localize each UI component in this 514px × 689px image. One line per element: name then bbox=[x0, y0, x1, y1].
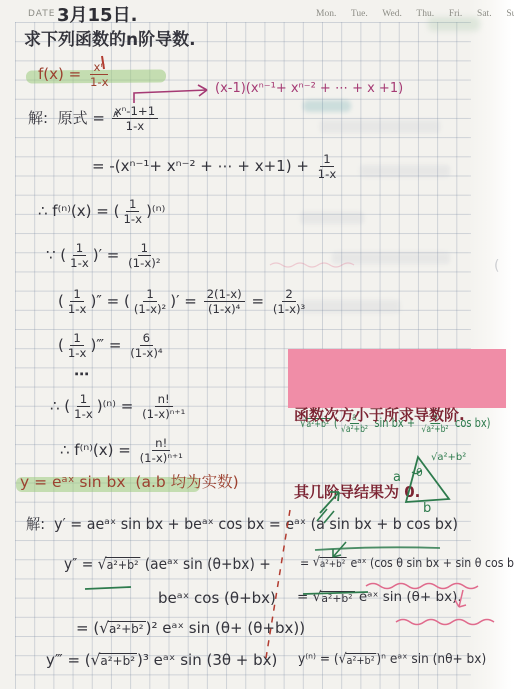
formula-sol2b: y″ = √a²+b² (aeᵃˣ sin (θ+bx) + bbox=[64, 556, 271, 573]
weekday-header: Mon. Tue. Wed. Thu. Fri. Sat. Sun. bbox=[316, 9, 514, 19]
triangle-hyp-label: √a²+b² bbox=[431, 452, 466, 463]
formula-problem2: y = eᵃˣ sin bx (a.b 均为实数) bbox=[20, 474, 239, 491]
formula-text: = bbox=[247, 293, 269, 310]
formula-text: = bbox=[300, 556, 313, 570]
formula-sol2d: = (√a²+b²)² eᵃˣ sin (θ+ (θ+bx)) bbox=[76, 620, 305, 637]
radicand: a²+b² bbox=[108, 621, 146, 636]
fraction-numerator: 1 bbox=[320, 152, 333, 167]
formula-step8: ∴ f⁽ⁿ⁾(x) = n!(1-x)ⁿ⁺¹ bbox=[60, 436, 187, 465]
formula-text: ∴ f⁽ⁿ⁾(x) = ( bbox=[38, 203, 119, 220]
fraction: xⁿ1-x bbox=[88, 60, 111, 89]
formula-text: ⋯ bbox=[74, 366, 89, 383]
radicand: a²+b² bbox=[106, 557, 141, 572]
formula-sol2b-right: = √a²+b² eᵃˣ (cos θ sin bx + sin θ cos b… bbox=[300, 556, 514, 570]
formula-sol2e: y‴ = (√a²+b²)³ eᵃˣ sin (3θ + bx) bbox=[46, 652, 277, 669]
formula-step7: ∴ (11-x)⁽ⁿ⁾ = n!(1-x)ⁿ⁺¹ bbox=[50, 392, 189, 421]
formula-text: = bbox=[297, 590, 313, 605]
formula-text: )² eᵃˣ sin (θ+ (θ+bx)) bbox=[146, 620, 306, 637]
formula-text: y‴ = ( bbox=[46, 652, 91, 669]
fraction: 11-x bbox=[66, 331, 89, 360]
radicand: a²+b² bbox=[346, 653, 377, 667]
formula-text: )⁽ⁿ⁾ bbox=[146, 203, 165, 220]
fraction: 11-x bbox=[68, 241, 91, 270]
note-line-1: 函数次方小于所求导数阶. bbox=[294, 403, 500, 429]
date-value: 3月15日. bbox=[57, 1, 137, 27]
fraction: 11-x bbox=[316, 152, 339, 181]
fraction-numerator: n! bbox=[152, 436, 170, 451]
formula-text: eᵃˣ sin (θ+ bx). bbox=[355, 590, 462, 605]
formula-text: y″ = bbox=[64, 556, 98, 573]
formula-fx: f(x) = xⁿ1-x bbox=[38, 60, 113, 89]
bleed-through-mark bbox=[300, 300, 400, 313]
formula-text: eᵃˣ (cos θ sin bx + sin θ cos bx) bbox=[347, 556, 514, 570]
fraction-denominator: (1-x)² bbox=[126, 256, 162, 270]
formula-text: )³ eᵃˣ sin (3θ + bx) bbox=[137, 652, 277, 669]
formula-text: )′ = bbox=[170, 293, 201, 310]
formula-text: beᵃˣ cos (θ+bx) bbox=[158, 590, 276, 607]
fraction: n!(1-x)ⁿ⁺¹ bbox=[138, 436, 185, 465]
square-root: √a²+b² bbox=[339, 652, 377, 667]
insertion-caret: ∧ bbox=[112, 109, 119, 120]
bleed-through-mark bbox=[360, 165, 450, 177]
square-root: √a²+b² bbox=[313, 556, 347, 570]
formula-step1: 解: 原式 = xⁿ-1+11-x bbox=[28, 104, 160, 133]
fraction-denominator: 1-x bbox=[121, 212, 144, 226]
triangle-side-label: a bbox=[393, 470, 401, 485]
fraction: 6(1-x)⁴ bbox=[128, 331, 164, 360]
formula-text: )″ = ( bbox=[90, 293, 129, 310]
formula-text: )‴ = bbox=[90, 337, 126, 354]
fraction-denominator: (1-x)⁴ bbox=[206, 302, 242, 316]
fraction: n!(1-x)ⁿ⁺¹ bbox=[140, 392, 187, 421]
square-root: √a²+b² bbox=[99, 620, 145, 637]
formula-factoring: (x-1)(xⁿ⁻¹+ xⁿ⁻² + ⋯ + x +1) bbox=[215, 82, 403, 96]
notebook-photo: { "page": { "date_label": "DATE", "date_… bbox=[0, 0, 514, 689]
formula-text: (aeᵃˣ sin (θ+bx) + bbox=[140, 556, 270, 573]
formula-step2: = -(xⁿ⁻¹+ xⁿ⁻² + ⋯ + x+1) + 11-x bbox=[92, 152, 340, 181]
formula-text: ∴ f⁽ⁿ⁾(x) = bbox=[60, 442, 136, 459]
fraction: 1(1-x)² bbox=[126, 241, 162, 270]
formula-text: )′ = bbox=[93, 247, 124, 264]
triangle-base-label: b bbox=[423, 501, 431, 516]
bleed-through-mark bbox=[332, 252, 450, 264]
formula-text: y⁽ⁿ⁾ = ( bbox=[298, 652, 339, 667]
formula-step3: ∴ f⁽ⁿ⁾(x) = (11-x)⁽ⁿ⁾ bbox=[38, 197, 165, 226]
fraction-denominator: 1-x bbox=[316, 167, 339, 181]
formula-sol2f: y⁽ⁿ⁾ = (√a²+b²)ⁿ eᵃˣ sin (nθ+ bx) bbox=[298, 652, 486, 667]
fraction-numerator: 1 bbox=[143, 287, 156, 302]
formula-step5: (11-x)″ = (1(1-x)²)′ = 2(1-x)(1-x)⁴ = 2(… bbox=[58, 287, 309, 316]
formula-step6: (11-x)‴ = 6(1-x)⁴ bbox=[58, 331, 167, 360]
formula-text: f(x) = bbox=[38, 66, 86, 83]
bleed-through-mark bbox=[300, 212, 364, 224]
radicand: a²+b² bbox=[99, 653, 137, 668]
formula-ellipsis: ⋯ bbox=[74, 366, 89, 383]
fraction: 2(1-x)³ bbox=[271, 287, 307, 316]
fraction-denominator: 1-x bbox=[68, 256, 91, 270]
fraction-denominator: 1-x bbox=[88, 75, 111, 89]
fraction-numerator: 1 bbox=[70, 287, 83, 302]
formula-text: y = eᵃˣ sin bx (a.b 均为实数) bbox=[20, 474, 239, 491]
fraction: 1(1-x)² bbox=[132, 287, 168, 316]
square-root: √a²+b² bbox=[91, 652, 137, 669]
formula-text: )⁽ⁿ⁾ = bbox=[97, 398, 138, 415]
fraction-denominator: (1-x)² bbox=[132, 302, 168, 316]
bleed-through-paren: ( bbox=[494, 258, 499, 274]
fraction-denominator: 1-x bbox=[66, 346, 89, 360]
fraction-numerator: 1 bbox=[73, 241, 86, 256]
date-label: DATE bbox=[28, 9, 55, 19]
fraction-numerator: 2 bbox=[282, 287, 295, 302]
fraction: 11-x bbox=[72, 392, 95, 421]
formula-text: 解: 原式 = bbox=[28, 110, 110, 127]
radicand: a²+b² bbox=[319, 557, 347, 570]
page-title: 求下列函数的n阶导数. bbox=[24, 31, 196, 50]
note-box: 函数次方小于所求导数阶. 其几阶导结果为 0. bbox=[288, 349, 506, 408]
formula-text: 求下列函数的n阶导数. bbox=[24, 31, 196, 50]
fraction-numerator: 1 bbox=[70, 331, 83, 346]
radicand: a²+b² bbox=[320, 591, 354, 605]
formula-text: ∴ ( bbox=[50, 398, 70, 415]
fraction: 11-x bbox=[121, 197, 144, 226]
formula-text: ( bbox=[58, 337, 64, 354]
formula-text: ∵ ( bbox=[46, 247, 66, 264]
fraction-denominator: (1-x)³ bbox=[271, 302, 307, 316]
fraction-numerator: 2(1-x) bbox=[204, 287, 245, 302]
square-root: √a²+b² bbox=[313, 590, 355, 605]
fraction-denominator: (1-x)ⁿ⁺¹ bbox=[138, 451, 185, 465]
formula-text: )ⁿ eᵃˣ sin (nθ+ bx) bbox=[376, 652, 486, 667]
fraction: 11-x bbox=[66, 287, 89, 316]
fraction-denominator: (1-x)ⁿ⁺¹ bbox=[140, 407, 187, 421]
fraction-numerator: 6 bbox=[140, 331, 153, 346]
formula-text: = -(xⁿ⁻¹+ xⁿ⁻² + ⋯ + x+1) + bbox=[92, 158, 314, 175]
fraction-numerator: 1 bbox=[77, 392, 90, 407]
fraction-denominator: (1-x)⁴ bbox=[128, 346, 164, 360]
formula-text: (x-1)(xⁿ⁻¹+ xⁿ⁻² + ⋯ + x +1) bbox=[215, 82, 403, 96]
fraction-denominator: 1-x bbox=[72, 407, 95, 421]
fraction-numerator: n! bbox=[155, 392, 173, 407]
fraction: 2(1-x)(1-x)⁴ bbox=[204, 287, 245, 316]
formula-sol2c-right: = √a²+b² eᵃˣ sin (θ+ bx). bbox=[297, 590, 462, 605]
fraction-numerator: 1 bbox=[126, 197, 139, 212]
fraction-numerator: xⁿ bbox=[90, 60, 108, 75]
fraction-numerator: 1 bbox=[138, 241, 151, 256]
formula-text: = ( bbox=[76, 620, 99, 637]
page-edge bbox=[468, 0, 514, 689]
bleed-through-mark bbox=[320, 120, 440, 133]
square-root: √a²+b² bbox=[98, 556, 141, 573]
triangle-angle-label: θ bbox=[416, 466, 423, 479]
formula-sol2c: beᵃˣ cos (θ+bx) bbox=[158, 590, 276, 607]
fraction-denominator: 1-x bbox=[66, 302, 89, 316]
fraction-denominator: 1-x bbox=[124, 119, 147, 133]
formula-text: ( bbox=[58, 293, 64, 310]
formula-step4: ∵ (11-x)′ = 1(1-x)² bbox=[46, 241, 165, 270]
